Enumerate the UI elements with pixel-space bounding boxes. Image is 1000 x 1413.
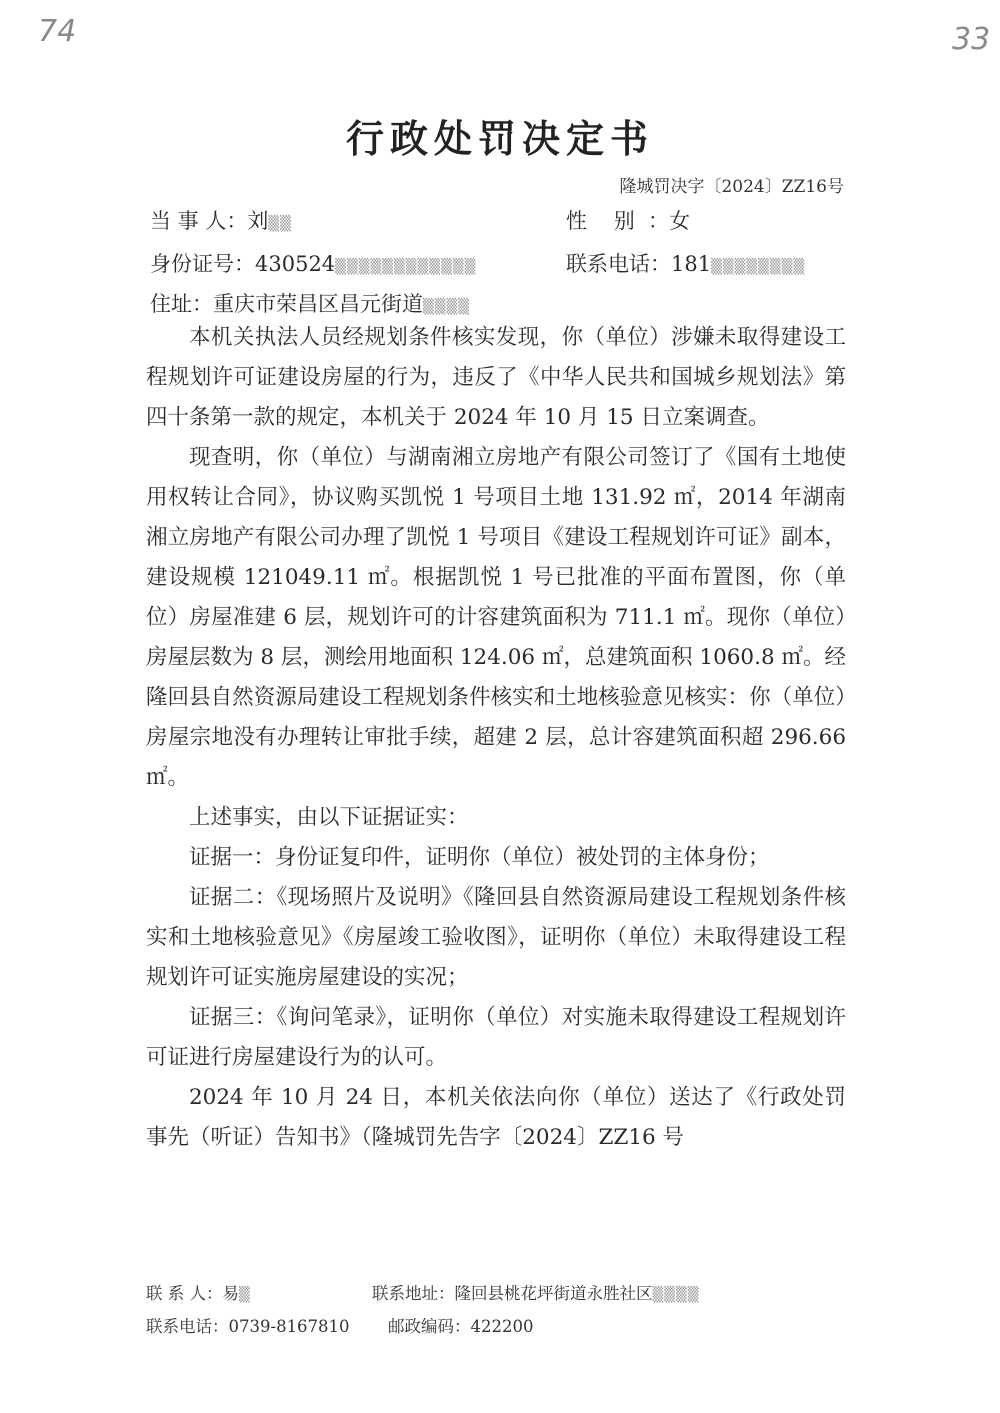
contact-person-label: 联 系 人： [146,1284,223,1303]
party-phone-label: 联系电话： [566,252,671,276]
party-gender-field: 性 别 ：女 [566,205,690,235]
paragraph-evidence-1: 证据一：身份证复印件，证明你（单位）被处罚的主体身份； [146,838,846,878]
contact-address-label: 联系地址： [372,1284,455,1303]
party-phone-field: 联系电话：181▒▒▒▒▒▒▒▒ [566,248,805,278]
party-phone-redacted: ▒▒▒▒▒▒▒▒ [711,259,805,275]
paragraph-findings: 现查明，你（单位）与湖南湘立房地产有限公司签订了《国有土地使用权转让合同》，协议… [146,438,846,798]
party-gender-value: 女 [669,209,690,233]
party-address-value: 重庆市荣昌区昌元街道 [213,292,423,316]
party-id-value: 430524 [255,252,335,276]
contact-person-value: 易 [223,1284,240,1303]
party-phone-value: 181 [671,252,711,276]
postal-code-value: 422200 [471,1317,534,1336]
paragraph-evidence-intro: 上述事实，由以下证据证实： [146,798,846,838]
handwritten-page-mark-right: 33 [952,22,990,57]
contact-address-value: 隆回县桃花坪街道永胜社区 [455,1284,653,1303]
party-name-redacted: ▒▒ [268,216,292,232]
contact-address-redacted: ▒▒▒▒ [653,1287,700,1303]
party-address-redacted: ▒▒▒▒ [423,299,470,315]
party-address-field: 住址：重庆市荣昌区昌元街道▒▒▒▒ [150,288,470,318]
paragraph-evidence-3: 证据三：《询问笔录》，证明你（单位）对实施未取得建设工程规划许可证进行房屋建设行… [146,998,846,1078]
party-name-label: 当 事 人： [150,209,247,233]
paragraph-evidence-2: 证据二：《现场照片及说明》《隆回县自然资源局建设工程规划条件核实和土地核验意见》… [146,878,846,998]
party-address-label: 住址： [150,292,213,316]
postal-code-label: 邮政编码： [388,1317,471,1336]
party-id-redacted: ▒▒▒▒▒▒▒▒▒▒▒▒ [335,259,476,275]
document-body: 本机关执法人员经规划条件核实发现，你（单位）涉嫌未取得建设工程规划许可证建设房屋… [146,318,846,1158]
paragraph-case-filing: 本机关执法人员经规划条件核实发现，你（单位）涉嫌未取得建设工程规划许可证建设房屋… [146,318,846,438]
party-id-label: 身份证号： [150,252,255,276]
contact-person-redacted: ▒ [239,1287,251,1303]
contact-phone-value: 0739-8167810 [229,1317,350,1336]
footer-contact-address: 联系地址：隆回县桃花坪街道永胜社区▒▒▒▒ [372,1280,700,1304]
footer-contact-phone: 联系电话：0739-8167810 [146,1313,350,1337]
party-name-field: 当 事 人：刘▒▒ [150,205,292,235]
party-gender-label: 性 别 ： [566,209,669,233]
document-number: 隆城罚决字〔2024〕ZZ16号 [619,172,844,197]
footer-contact-person: 联 系 人：易▒ [146,1280,251,1304]
footer-postal-code: 邮政编码：422200 [388,1313,534,1337]
paragraph-notice-delivery: 2024 年 10 月 24 日，本机关依法向你（单位）送达了《行政处罚事先（听… [146,1078,846,1158]
party-id-field: 身份证号：430524▒▒▒▒▒▒▒▒▒▒▒▒ [150,248,476,278]
handwritten-page-mark-left: 74 [38,14,76,49]
party-name-value: 刘 [247,209,268,233]
contact-phone-label: 联系电话： [146,1317,229,1336]
document-title: 行政处罚决定书 [0,108,1000,163]
